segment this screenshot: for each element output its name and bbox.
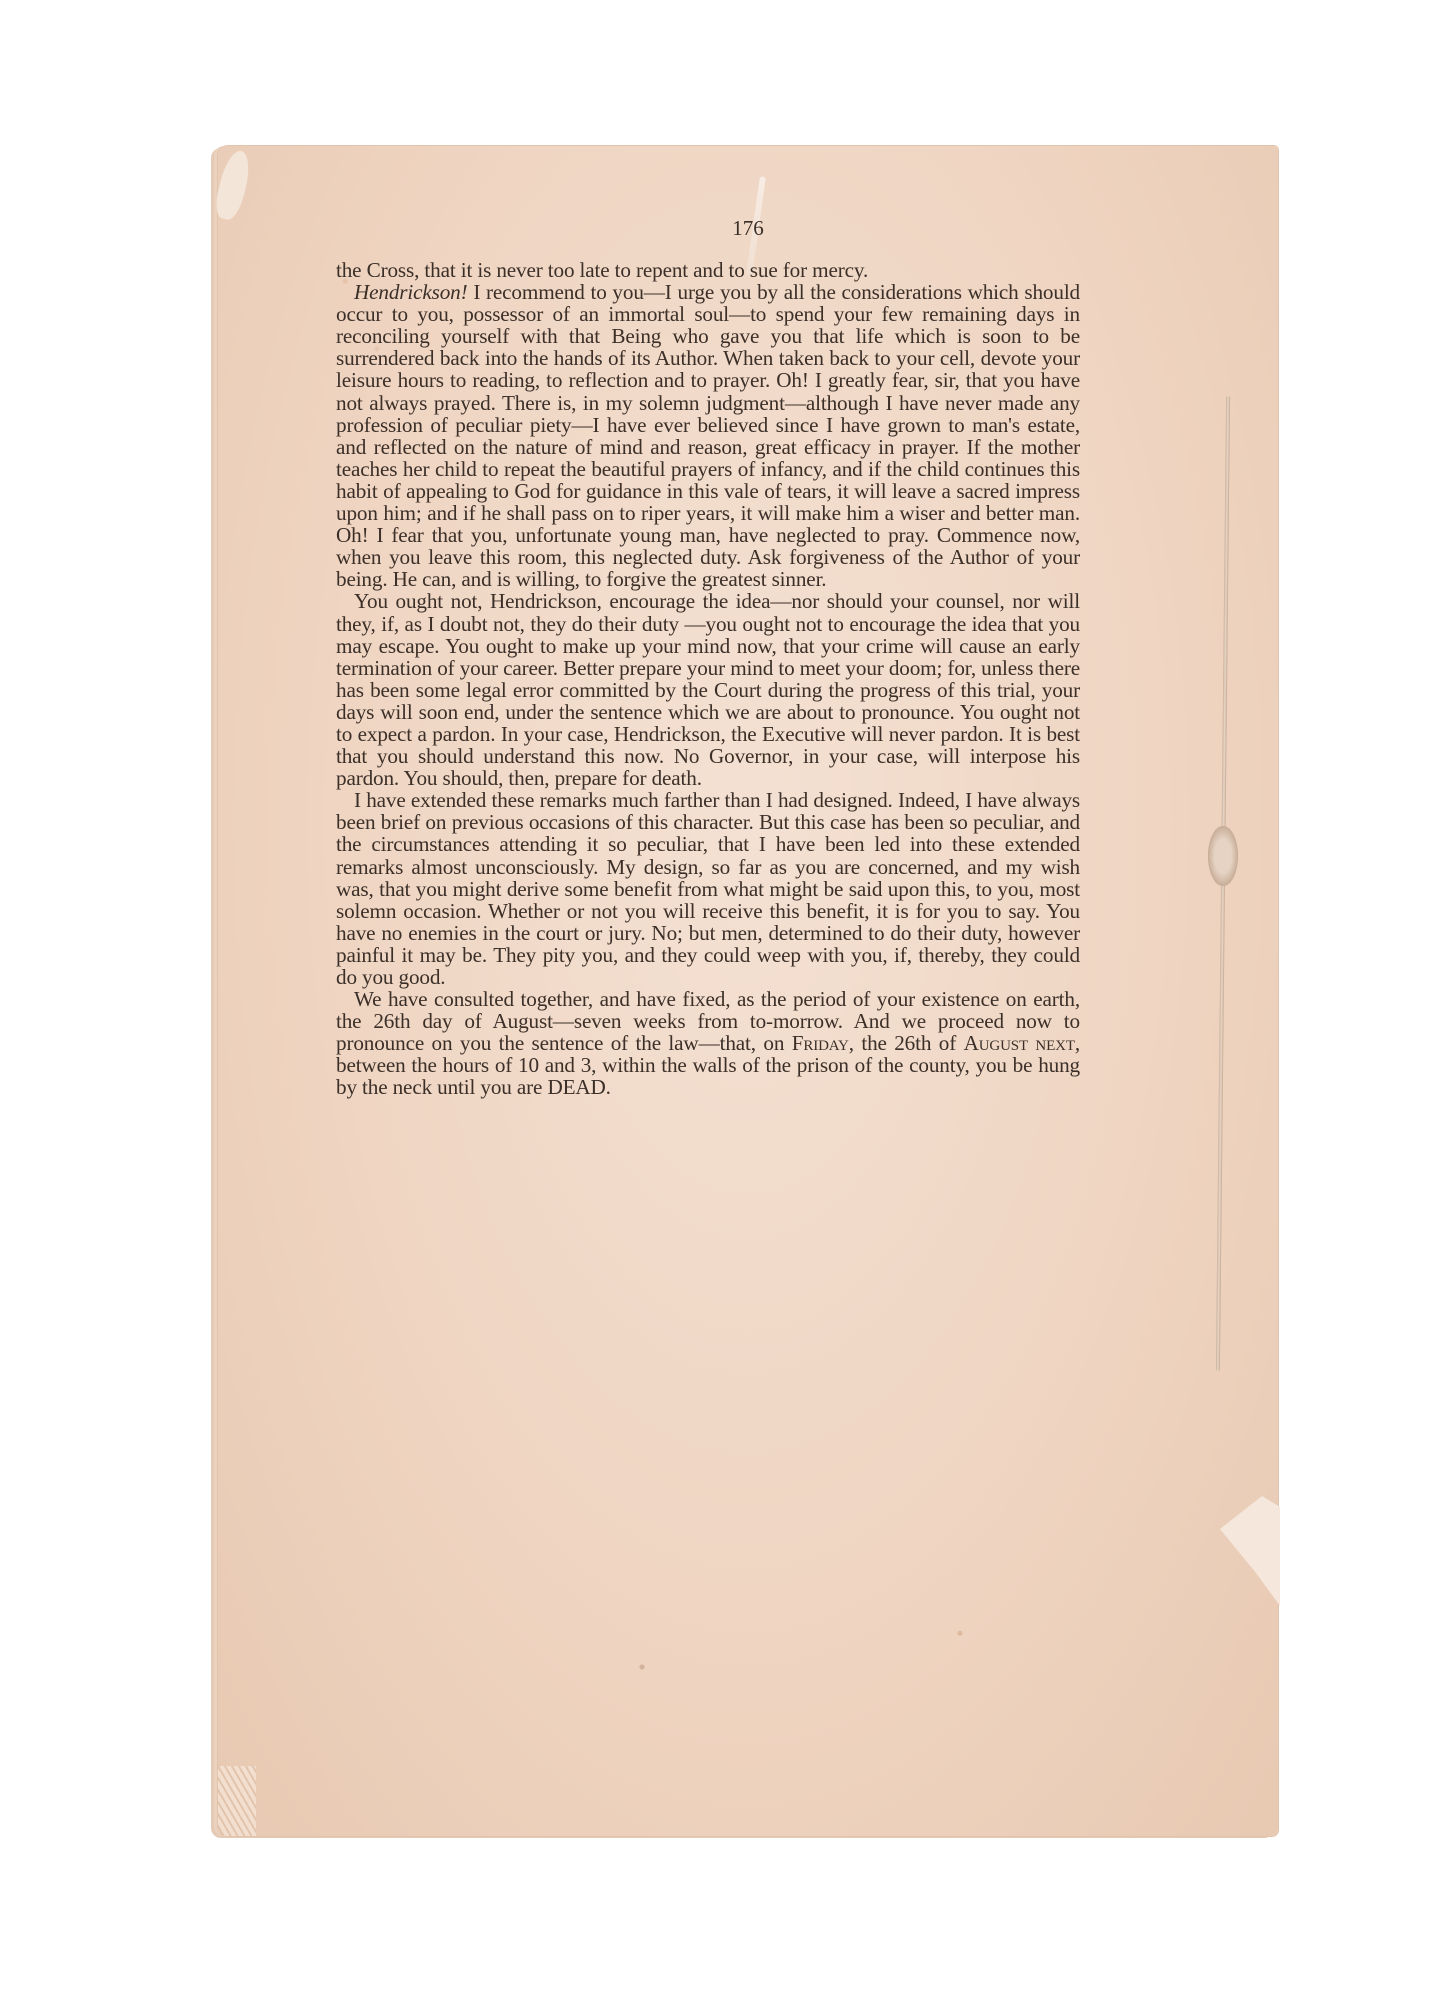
text-segment: Hendrickson! [354,280,468,304]
text-segment: August next [964,1031,1075,1055]
paragraph: I have extended these remarks much farth… [336,789,1080,988]
text-segment: I have extended these remarks much farth… [336,788,1080,989]
worn-corner-top-left [212,148,254,222]
text-segment: I recommend to you—I urge you by all the… [336,280,1080,591]
paragraph: You ought not, Hendrickson, encourage th… [336,590,1080,789]
binding-knot [1208,826,1238,886]
paragraph: We have consulted together, and have fix… [336,988,1080,1098]
text-segment: the Cross, that it is never too late to … [336,258,868,282]
paper-tear-right [1220,1496,1280,1606]
text-segment: You ought not, Hendrickson, encourage th… [336,589,1080,790]
paragraph: the Cross, that it is never too late to … [336,259,1080,281]
paragraph: Hendrickson! I recommend to you—I urge y… [336,281,1080,590]
text-segment: , the 26th of [849,1031,964,1055]
book-page: 176 the Cross, that it is never too late… [218,146,1278,1836]
body-text: the Cross, that it is never too late to … [336,259,1080,1099]
page-number: 176 [218,216,1278,241]
worn-corner-bottom-left [218,1766,256,1836]
text-segment: Friday [792,1031,849,1055]
